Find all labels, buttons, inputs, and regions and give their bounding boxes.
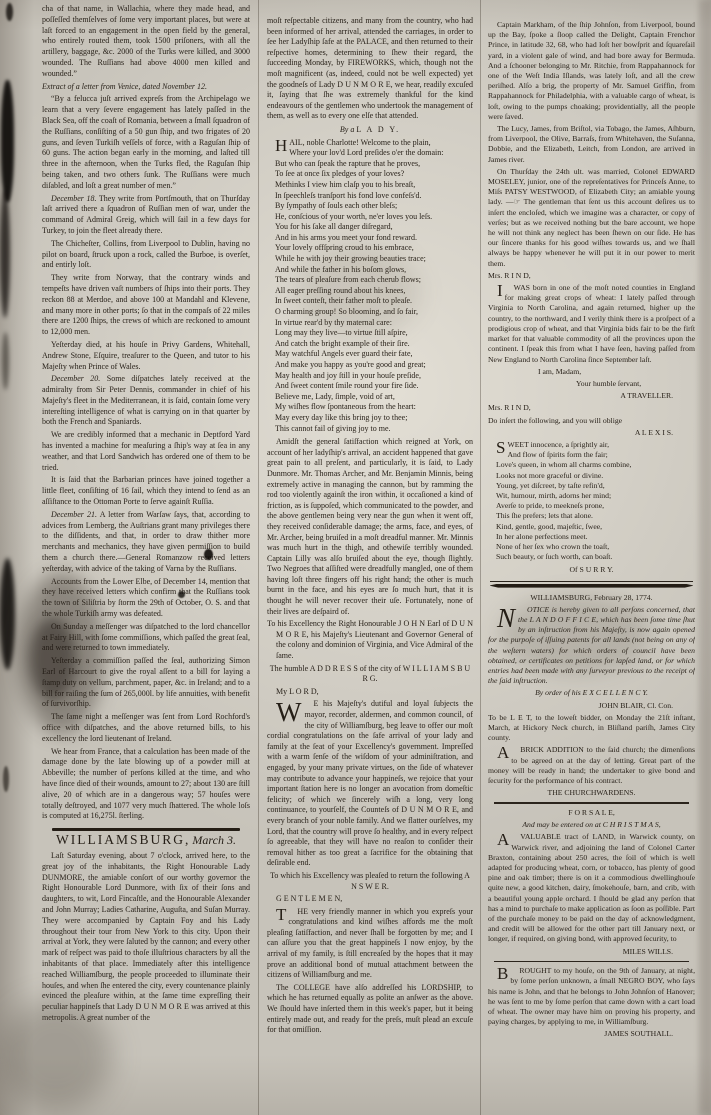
paragraph-text: A TRAVELLER.: [620, 391, 673, 400]
surry-attribution: Of S U R R Y.: [488, 565, 695, 575]
poem-line: And make you happy as you're good and gr…: [275, 360, 473, 371]
poem-to-lady-dunmore: HAIL, noble Charlotte! Welcome to the pl…: [267, 138, 473, 435]
humble-address-title: The humble A D D R E S S of the city of …: [267, 664, 473, 685]
mrs-rind-salutation: Mrs. R I N D,: [488, 271, 695, 281]
paragraph-text: Extract of a letter from Venice, dated N…: [42, 82, 207, 91]
poem-line: Your lovely offſpring croud to his embra…: [275, 243, 473, 254]
paragraph-text: VALUABLE tract of LAND, in Warwick count…: [488, 832, 695, 943]
paragraph-text: The Chicheſter, Collins, from Liverpool …: [42, 239, 250, 270]
cannon-accident-report: Amidſt the general ſatiſfaction which re…: [267, 437, 473, 617]
paragraph-text: WAS born in one of the moſt noted counti…: [488, 283, 695, 363]
governor-answer-body: THE very friendly manner in which you ex…: [267, 907, 473, 981]
drop-cap: H: [275, 138, 289, 153]
poem-line: And flow of ſpirits form the fair;: [496, 450, 695, 460]
paragraph-text: The COLLEGE have alſo addreſſed his LORD…: [267, 983, 473, 1034]
address-salutation: To his Excellency the Right Honourable J…: [267, 619, 473, 661]
divider-rule: [494, 802, 689, 804]
paragraph-text: To his Excellency the Right Honourable J…: [267, 619, 473, 660]
column-divider-1: [258, 0, 259, 1115]
drop-cap: B: [488, 966, 510, 981]
poem-line: In ſpeechleſs tranſport his fond love co…: [275, 191, 473, 202]
paragraph-text: Accounts from the Lower Elbe, of Decembe…: [42, 577, 250, 618]
paragraph-text: We are credibly informed that a mechanic…: [42, 430, 250, 471]
byline-caps: L A D Y.: [356, 125, 400, 134]
letter-closing-2: Your humble ſervant,: [488, 379, 695, 389]
poem-line: In ſweet conteſt, their father moſt to p…: [275, 296, 473, 307]
poem-line: Looks not more graceful or divine.: [496, 471, 695, 481]
harcourt-commission: Yeſterday a commiſſion paſſed the ſeal, …: [42, 656, 250, 710]
paragraph-text: HE very friendly manner in which you exp…: [267, 907, 473, 980]
paragraph-text: By order of his E X C E L L E N C Y.: [535, 688, 648, 697]
poem-line: None of her ſex who crown the toaſt,: [496, 542, 695, 552]
abbeville-explosion: We hear from France, that a calculation …: [42, 747, 250, 823]
poem-line: You for his ſake all danger diſregard,: [275, 222, 473, 233]
poem-line: And catch the bright example of their ſi…: [275, 339, 473, 350]
john-blair-signature: JOHN BLAIR, Cl. Con.: [488, 701, 695, 711]
poem-line: WEET innocence, a ſprightly air,: [496, 440, 695, 450]
poem-line: By ſympathy of ſouls each other bleſs;: [275, 201, 473, 212]
lady-dunmore-arrival: Laſt Saturday evening, about 7 o'clock, …: [42, 851, 250, 1024]
my-lord-salutation: My L O R D,: [267, 687, 473, 698]
divider-rule: [494, 961, 689, 963]
heading-caps: WILLIAMSBURG,: [56, 832, 190, 847]
paragraph-text: Captain Markham, of the ſhip Johnſon, fr…: [488, 20, 695, 121]
wallachia-war-news: cha of that name, in Wallachia, where th…: [42, 4, 250, 80]
paragraph-text: Mrs. R I N D,: [488, 271, 531, 280]
andrew-stone-obituary: Yeſterday died, at his houſe in Privy Ga…: [42, 340, 250, 372]
silistria-news: Accounts from the Lower Elbe, of Decembe…: [42, 577, 250, 620]
poem-line: While he with joy their growing beauties…: [275, 254, 473, 265]
poem-line: O charming group! So blooming, and ſo fa…: [275, 307, 473, 318]
warsaw-letter: December 21. A letter from Warſaw ſays, …: [42, 510, 250, 575]
chichester-wreck: The Chicheſter, Collins, from Liverpool …: [42, 239, 250, 271]
acrostic-poem: SWEET innocence, a ſprightly air,And flo…: [488, 440, 695, 562]
paragraph-text: My L O R D,: [276, 687, 319, 696]
paragraph-text: It is ſaid that the Barbarian princes ha…: [42, 475, 250, 506]
alexis-signature: A L E X I S.: [488, 428, 695, 438]
drop-cap: T: [267, 907, 288, 922]
newspaper-page: cha of that name, in Wallachia, where th…: [0, 0, 711, 1115]
paragraph-text: Yeſterday a commiſſion paſſed the ſeal, …: [42, 656, 250, 708]
paragraph-text: WILLIAMSBURG, February 28, 1774.: [530, 593, 652, 602]
binding-mark: [6, 3, 13, 21]
byline-pre: By a: [340, 125, 354, 134]
binding-mark: [2, 332, 9, 390]
binding-mark: [3, 766, 9, 792]
chancellor-messenger: On Sunday a meſſenger was diſpatched to …: [42, 622, 250, 654]
paragraph-text: The humble A D D R E S S of the city of …: [270, 664, 470, 684]
alexis-request: Do inſert the following, and you will ob…: [488, 416, 695, 426]
christmas-entry-line: And may be entered on at C H R I S T M A…: [488, 820, 695, 830]
poem-line: This cannot fail of giving joy to me.: [275, 424, 473, 435]
poem-line: May health and joy ſtill in your houſe p…: [275, 371, 473, 382]
poem-line: To ſee at once ſix pledges of your loves…: [275, 169, 473, 180]
paragraph-text: JAMES SOUTHALL.: [604, 1029, 673, 1038]
venice-letter-heading: Extract of a letter from Venice, dated N…: [42, 82, 250, 93]
venice-letter-body: “By a felucca juſt arrived expreſs from …: [42, 94, 250, 191]
brick-addition-notice: ABRICK ADDITION to the ſaid church; the …: [488, 745, 695, 786]
swelled-rule: [490, 581, 693, 589]
negro-boy-notice: BROUGHT to my houſe, on the 9th of Janua…: [488, 966, 695, 1027]
paragraph-text: A L E X I S.: [635, 428, 673, 437]
paragraph-text: Your humble ſervant,: [576, 379, 641, 388]
poem-line: Methinks I view him claſp you to his bre…: [275, 180, 473, 191]
letter-closing: I am, Madam,: [488, 367, 695, 377]
page-column-1: cha of that name, in Wallachia, where th…: [42, 4, 250, 1111]
paragraph-text: To be L E T, to the loweſt bidder, on Mo…: [488, 713, 695, 742]
norway-storms: They write from Norway, that the contrar…: [42, 273, 250, 338]
paragraph-text: “By a felucca juſt arrived expreſs from …: [42, 94, 250, 189]
poem-line: And while the father in his boſom glows,: [275, 265, 473, 276]
poem-line: My wiſhes flow ſpontaneous from the hear…: [275, 402, 473, 413]
poem-line: All eager preſſing round about his knees…: [275, 286, 473, 297]
drop-cap: A: [488, 832, 511, 847]
paragraph-text: And may be entered on at C H R I S T M A…: [522, 820, 660, 829]
poem-line: He, conſcious of your worth, ne'er loves…: [275, 212, 473, 223]
shipping-losses: Captain Markham, of the ſhip Johnſon, fr…: [488, 20, 695, 122]
paragraph-text: On Thurſday the 24th ult. was married, C…: [488, 167, 695, 268]
poem-line: This ſhe prefers; lets that alone.: [496, 511, 695, 521]
williamsburg-dateline: WILLIAMSBURG, March 3.: [42, 835, 250, 848]
church-letting-notice: To be L E T, to the loweſt bidder, on Mo…: [488, 713, 695, 744]
page-edge-shadow: [699, 0, 711, 1115]
deptford-machine: We are credibly informed that a mechanic…: [42, 430, 250, 473]
poem-line: Believe me, Lady, ſimple, void of art,: [275, 392, 473, 403]
fireworks-paragraph: moſt reſpectable citizens, and many from…: [267, 16, 473, 122]
dateline: December 18.: [51, 194, 96, 203]
poem-line: Young, yet diſcreet, by taſte refin'd,: [496, 481, 695, 491]
paragraph-text: I am, Madam,: [538, 367, 581, 376]
james-southall-signature: JAMES SOUTHALL.: [488, 1029, 695, 1039]
poem-line: But who can ſpeak the rapture that he pr…: [275, 159, 473, 170]
warwick-land-advert: AVALUABLE tract of LAND, in Warwick coun…: [488, 832, 695, 944]
by-a-lady-heading: By a L A D Y.: [267, 125, 473, 136]
poem-line: Kind, gentle, good, majeſtic, ſwee,: [496, 522, 695, 532]
poem-line: AIL, noble Charlotte! Welcome to the pla…: [275, 138, 473, 149]
poem-line: Wit, humour, mirth, adorns her mind;: [496, 491, 695, 501]
notice-dateline: WILLIAMSBURG, February 28, 1774.: [488, 593, 695, 603]
paragraph-text: ROUGHT to my houſe, on the 9th of Januar…: [488, 966, 695, 1026]
divider-rule: [52, 828, 240, 831]
dateline: December 21.: [51, 510, 97, 519]
drop-cap: N: [488, 605, 518, 629]
drop-cap: I: [488, 283, 505, 298]
paragraph-text: To which his Excellency was pleaſed to r…: [270, 871, 470, 891]
admiralty-dispatches: December 20. Some diſpatches lately rece…: [42, 374, 250, 428]
paragraph-text: F O R S A L E,: [568, 808, 615, 817]
ship-arrivals: The Lucy, James, from Briſtol, via Tobag…: [488, 124, 695, 165]
paragraph-text: G E N T L E M E N,: [276, 894, 342, 903]
poem-line: The tears of pleaſure from each cherub f…: [275, 275, 473, 286]
by-order-line: By order of his E X C E L L E N C Y.: [488, 688, 695, 698]
poem-line: May watchful Angels ever guard their fat…: [275, 349, 473, 360]
paragraph-text: BRICK ADDITION to the ſaid church; the d…: [488, 745, 695, 785]
column-divider-2: [480, 0, 481, 1115]
poem-line: Such beauty, or ſuch worth, can boaſt.: [496, 552, 695, 562]
dateline: December 20.: [51, 374, 100, 383]
drop-cap: S: [496, 440, 507, 455]
college-address-note: The COLLEGE have alſo addreſſed his LORD…: [267, 983, 473, 1036]
heading-date: March 3.: [192, 833, 236, 847]
poem-line: May every day like this bring joy to the…: [275, 413, 473, 424]
paragraph-text: On Sunday a meſſenger was diſpatched to …: [42, 622, 250, 653]
poem-line: And ſweet content ſmile round your fire …: [275, 381, 473, 392]
drop-cap: A: [488, 745, 511, 760]
mrs-rind-salutation-2: Mrs. R I N D,: [488, 403, 695, 413]
paragraph-text: moſt reſpectable citizens, and many from…: [267, 16, 473, 120]
paragraph-text: Do inſert the following, and you will ob…: [488, 416, 622, 425]
answer-intro: To which his Excellency was pleaſed to r…: [267, 871, 473, 892]
binding-mark: [0, 558, 15, 670]
paragraph-text: Yeſterday died, at his houſe in Privy Ga…: [42, 340, 250, 371]
paragraph-text: Laſt Saturday evening, about 7 o'clock, …: [42, 851, 250, 1022]
page-column-2: moſt reſpectable citizens, and many from…: [267, 16, 473, 1111]
poem-line: Where your lov'd Lord preſides o'er the …: [275, 148, 473, 159]
poem-line: In virtue rear'd by thy maternal care:: [275, 318, 473, 329]
paragraph-text: The ſame night a meſſenger was ſent from…: [42, 712, 250, 743]
poem-line: Long may they live—to virtue ſtill aſpir…: [275, 328, 473, 339]
paragraph-text: cha of that name, in Wallachia, where th…: [42, 4, 250, 78]
for-sale-heading: F O R S A L E,: [488, 808, 695, 818]
paragraph-text: A letter from Warſaw ſays, that, accordi…: [42, 510, 250, 573]
churchwardens-signature: THE CHURCHWARDENS.: [488, 788, 695, 798]
paragraph-text: THE CHURCHWARDENS.: [548, 788, 636, 797]
traveller-letter: IWAS born in one of the moſt noted count…: [488, 283, 695, 365]
poem-line: In her alone perfections meet.: [496, 532, 695, 542]
binding-mark: [1, 80, 14, 202]
portsmouth-news: December 18. They write from Portſmouth,…: [42, 194, 250, 237]
miles-wills-signature: MILES WILLS.: [488, 947, 695, 957]
gentlemen-salutation: G E N T L E M E N,: [267, 894, 473, 905]
paragraph-text: We hear from France, that a calculation …: [42, 747, 250, 821]
barbarian-fleet: It is ſaid that the Barbarian princes ha…: [42, 475, 250, 507]
drop-cap: W: [267, 699, 304, 723]
city-address-body: WE his Majeſty's dutiful and loyal ſubje…: [267, 699, 473, 869]
poem-line: Love's queen, in whom all charms combine…: [496, 460, 695, 470]
paragraph-text: The Lucy, James, from Briſtol, via Tobag…: [488, 124, 695, 164]
poem-line: And in his arms you meet your fond rewar…: [275, 233, 473, 244]
paragraph-text: They write from Norway, that the contrar…: [42, 273, 250, 336]
paragraph-text: Of S U R R Y.: [570, 565, 614, 574]
land-office-notice: NOTICE is hereby given to all perſons co…: [488, 605, 695, 687]
paragraph-text: Amidſt the general ſatiſfaction which re…: [267, 437, 473, 616]
paragraph-text: MILES WILLS.: [623, 947, 673, 956]
moseley-marriage-notice: On Thurſday the 24th ult. was married, C…: [488, 167, 695, 269]
page-column-3: Captain Markham, of the ſhip Johnſon, fr…: [488, 20, 695, 1111]
paragraph-text: OTICE is hereby given to all perſons con…: [488, 605, 695, 685]
rochford-dispatches: The ſame night a meſſenger was ſent from…: [42, 712, 250, 744]
binding-mark: [0, 190, 10, 318]
poem-line: Averſe to pride, to meekneſs prone,: [496, 501, 695, 511]
paragraph-text: JOHN BLAIR, Cl. Con.: [599, 701, 673, 710]
paragraph-text: Mrs. R I N D,: [488, 403, 531, 412]
traveller-signature: A TRAVELLER.: [488, 391, 695, 401]
